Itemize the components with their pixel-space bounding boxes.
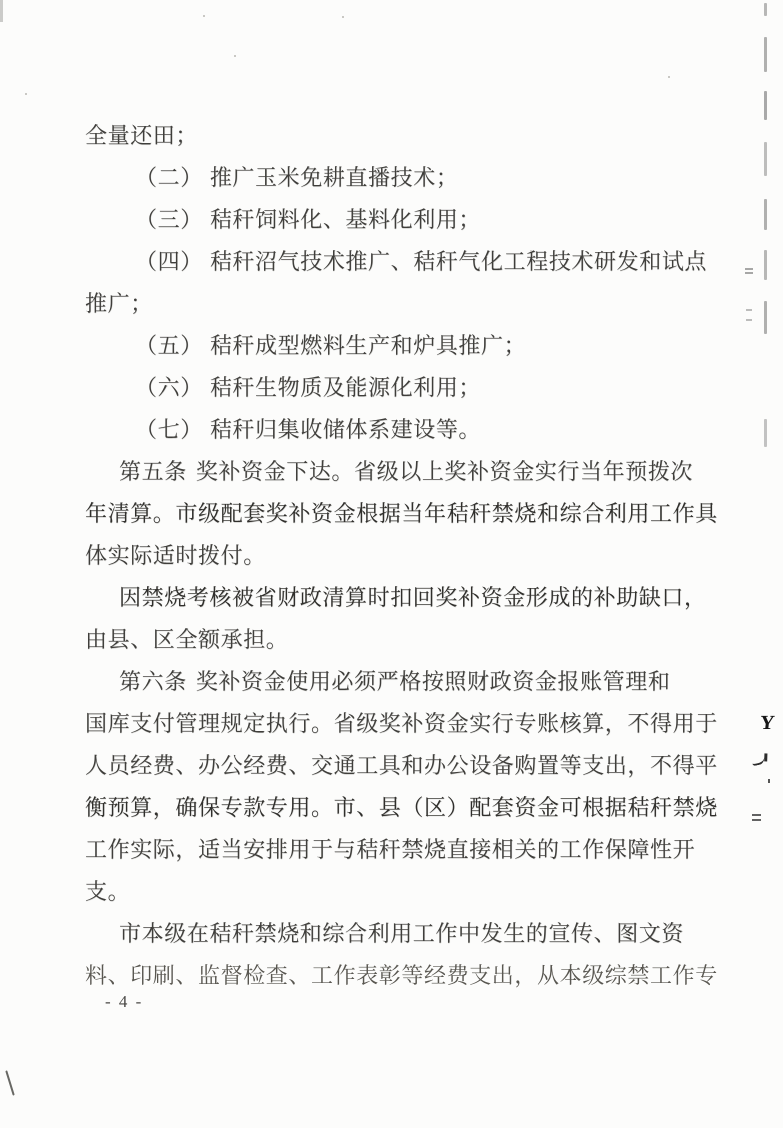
scan-smudge [745, 268, 753, 274]
line-text: 秸秆饲料化、基料化利用； [210, 207, 481, 232]
scan-edge-dash [764, 419, 767, 447]
article-line: 第六条奖补资金使用必须严格按照财政资金报账管理和 [119, 665, 670, 696]
scan-squiggle-mark [751, 757, 765, 767]
scan-edge-dash [764, 301, 767, 334]
list-item-line: （二）推广玉米免耕直播技术； [135, 161, 458, 192]
article-line: 第五条奖补资金下达。省级以上奖补资金实行当年预拨次 [119, 455, 693, 486]
scan-edge-dash [764, 250, 767, 280]
list-item-line: （三）秸秆饲料化、基料化利用； [135, 203, 481, 234]
line-text: 奖补资金使用必须严格按照财政资金报账管理和 [196, 669, 671, 694]
line-text: 支。 [85, 879, 130, 904]
text-line: 人员经费、办公经费、交通工具和办公设备购置等支出，不得平 [85, 749, 718, 780]
scan-dot [768, 779, 770, 783]
item-number: （六） [135, 375, 203, 400]
line-text: 年清算。市级配套奖补资金根据当年秸秆禁烧和综合利用工作具 [85, 501, 718, 526]
scan-edge-dash [764, 199, 767, 230]
scan-edge-dash [764, 3, 767, 16]
line-text: 秸秆生物质及能源化利用； [210, 375, 481, 400]
line-text: 人员经费、办公经费、交通工具和办公设备购置等支出，不得平 [85, 753, 718, 778]
line-text: 全量还田； [85, 123, 198, 148]
scan-smudge [752, 814, 761, 821]
list-item-line: （五）秸秆成型燃料生产和炉具推广； [135, 329, 526, 360]
item-number: （四） [135, 249, 203, 274]
scanned-document-page: 全量还田； （二）推广玉米免耕直播技术； （三）秸秆饲料化、基料化利用； （四）… [0, 0, 783, 1128]
paragraph-line: 因禁烧考核被省财政清算时扣回奖补资金形成的补助缺口， [119, 581, 707, 612]
list-item-line: （四）秸秆沼气技术推广、秸秆气化工程技术研发和试点 [135, 245, 707, 276]
line-text: 国库支付管理规定执行。省级奖补资金实行专账核算，不得用于 [85, 711, 718, 736]
page-number: - 4 - [105, 992, 143, 1012]
line-text: 奖补资金下达。省级以上奖补资金实行当年预拨次 [196, 459, 693, 484]
item-number: （七） [135, 417, 203, 442]
scan-edge-dash [764, 37, 767, 72]
scan-speck [203, 15, 205, 17]
scan-speck [234, 55, 236, 57]
text-line: 体实际适时拨付。 [85, 539, 266, 570]
text-line: 衡预算，确保专款专用。市、县（区）配套资金可根据秸秆禁烧 [85, 791, 718, 822]
scan-corner-shadow [0, 0, 3, 22]
scan-edge-dash [764, 142, 767, 176]
scan-diagonal-stroke [5, 1070, 15, 1095]
text-line: 工作实际，适当安排用于与秸秆禁烧直接相关的工作保障性开 [85, 833, 695, 864]
article-heading: 第五条 [119, 459, 187, 484]
list-item-line: （七）秸秆归集收储体系建设等。 [135, 413, 481, 444]
scan-smudge [746, 309, 752, 321]
line-text: 工作实际，适当安排用于与秸秆禁烧直接相关的工作保障性开 [85, 837, 695, 862]
scan-speck [342, 16, 344, 18]
text-line: 料、印刷、监督检查、工作表彰等经费支出，从本级综禁工作专 [85, 959, 718, 990]
scan-speck [668, 76, 670, 78]
line-text: 市本级在秸秆禁烧和综合利用工作中发生的宣传、图文资 [119, 921, 684, 946]
line-text: 推广； [85, 291, 153, 316]
text-line: 国库支付管理规定执行。省级奖补资金实行专账核算，不得用于 [85, 707, 718, 738]
paragraph-line: 市本级在秸秆禁烧和综合利用工作中发生的宣传、图文资 [119, 917, 684, 948]
scan-speck [25, 93, 27, 95]
scan-speck [530, 250, 532, 252]
line-text: 秸秆沼气技术推广、秸秆气化工程技术研发和试点 [210, 249, 707, 274]
item-number: （三） [135, 207, 203, 232]
line-text: 推广玉米免耕直播技术； [210, 165, 459, 190]
item-number: （五） [135, 333, 203, 358]
text-line: 支。 [85, 875, 130, 906]
list-item-line: （六）秸秆生物质及能源化利用； [135, 371, 481, 402]
line-text: 料、印刷、监督检查、工作表彰等经费支出，从本级综禁工作专 [85, 963, 718, 988]
text-line: 由县、区全额承担。 [85, 623, 288, 654]
scan-stray-glyph: Y [759, 712, 776, 735]
line-text: 衡预算，确保专款专用。市、县（区）配套资金可根据秸秆禁烧 [85, 795, 718, 820]
item-number: （二） [135, 165, 203, 190]
line-text: 由县、区全额承担。 [85, 627, 288, 652]
scan-edge-dash [764, 91, 767, 120]
text-line: 推广； [85, 287, 153, 318]
text-line: 全量还田； [85, 119, 198, 150]
line-text: 秸秆成型燃料生产和炉具推广； [210, 333, 526, 358]
text-line: 年清算。市级配套奖补资金根据当年秸秆禁烧和综合利用工作具 [85, 497, 718, 528]
article-heading: 第六条 [119, 669, 187, 694]
line-text: 秸秆归集收储体系建设等。 [210, 417, 481, 442]
line-text: 因禁烧考核被省财政清算时扣回奖补资金形成的补助缺口， [119, 585, 707, 610]
line-text: 体实际适时拨付。 [85, 543, 266, 568]
